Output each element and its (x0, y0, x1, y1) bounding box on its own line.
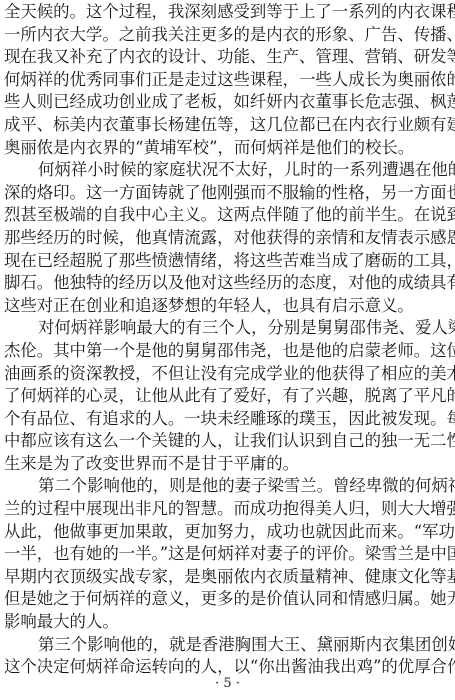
text-line: 何炳祥的优秀同事们正是走过这些课程，一些人成长为奥丽侬的中高层，另一 (4, 69, 452, 92)
paragraph-start-line: 何炳祥小时候的家庭状况不太好，儿时的一系列遭遇在他的身上打下了深 (4, 159, 452, 182)
text-line: 奥丽侬是内衣界的“黄埔军校”，而何炳祥是他们的校长。 (4, 137, 452, 160)
text-line: 早期内衣顶级实战专家，是奥丽侬内衣质量精神、健康文化等基因的重要奠基者， (4, 566, 452, 589)
page-number: · 5 · (0, 676, 455, 691)
text-line: 现在我又补充了内衣的设计、功能、生产、管理、营销、研发等方面的课程。 (4, 46, 452, 69)
text-line: 脚石。他独特的经历以及他对这些经历的态度，对他的成绩具有非常关键的意义。 (4, 272, 452, 295)
text-line: 一所内衣大学。之前我关注更多的是内衣的形象、广告、传播、概念、趋势等， (4, 24, 452, 47)
paragraph-start-line: 第二个影响他的，则是他的妻子梁雪兰。曾经卑微的何炳祥，在追求梁雪 (4, 475, 452, 498)
text-line: 现在已经超脱了那些愤懑情绪，将这些苦难当成了磨砺的工具，化作成长的垫 (4, 250, 452, 273)
text-line: 从此，他做事更加果敢，更加努力，成功也就因此而来。“军功章里，有我的 (4, 521, 452, 544)
text-line: 杰伦。其中第一个是他的舅舅邵伟尧，也是他的启蒙老师。这位广西艺术学院 (4, 340, 452, 363)
text-line: 生来是为了改变世界而不是甘于平庸的。 (4, 453, 452, 476)
text-line: 影响最大的人。 (4, 611, 452, 634)
text-line: 中都应该有这么一个关键的人，让我们认识到自己的独一无二性，认识到自己 (4, 430, 452, 453)
document-body: 全天候的。这个过程，我深刻感受到等于上了一系列的内衣课程，甚至是读了 一所内衣大… (4, 1, 452, 679)
text-line: 全天候的。这个过程，我深刻感受到等于上了一系列的内衣课程，甚至是读了 (4, 1, 452, 24)
text-line: 成平、标美内衣董事长杨建伍等，这几位都已在内衣行业颇有建树，他们尊称 (4, 114, 452, 137)
text-line: 一半，也有她的一半。”这是何炳祥对妻子的评价。梁雪兰是中国屈指可数的 (4, 543, 452, 566)
text-line: 那些经历的时候，他真情流露，对他获得的亲情和友情表示感恩。成功的他， (4, 227, 452, 250)
paragraph-start-line: 第三个影响他的，就是香港胸围大王、黛丽斯内衣集团创始人罗杰伦先生。 (4, 634, 452, 657)
text-line: 兰的过程中展现出非凡的智慧。而成功抱得美人归，则大大增强了何炳祥的自信。 (4, 498, 452, 521)
text-line: 个有品位、有追求的人。一块未经雕琢的璞玉，因此被发现。每个小孩子生命 (4, 408, 452, 431)
text-line: 油画系的资深教授，不但让没有完成学业的他获得了相应的美术教育，更启蒙 (4, 363, 452, 386)
text-line: 烈甚至极端的自我中心主义。这两点伴随了他的前半生。在说到他童年、少年 (4, 204, 452, 227)
text-line: 些人则已经成功创业成了老板，如纤妍内衣董事长危志强、枫莲内衣董事长杜 (4, 91, 452, 114)
text-line: 深的烙印。这一方面铸就了他刚强而不服输的性格，另一方面也让他形成了强 (4, 182, 452, 205)
paragraph-start-line: 对何炳祥影响最大的有三个人，分别是舅舅邵伟尧、爱人梁雪兰、恩师罗 (4, 317, 452, 340)
text-line: 但是她之于何炳祥的意义，更多的是价值认同和情感归属。她无疑是对何炳祥 (4, 588, 452, 611)
text-line: 这些对正在创业和追逐梦想的年轻人，也具有启示意义。 (4, 295, 452, 318)
text-line: 了何炳祥的心灵，让他从此有了爱好，有了兴趣，脱离了平凡的大众，成为一 (4, 385, 452, 408)
